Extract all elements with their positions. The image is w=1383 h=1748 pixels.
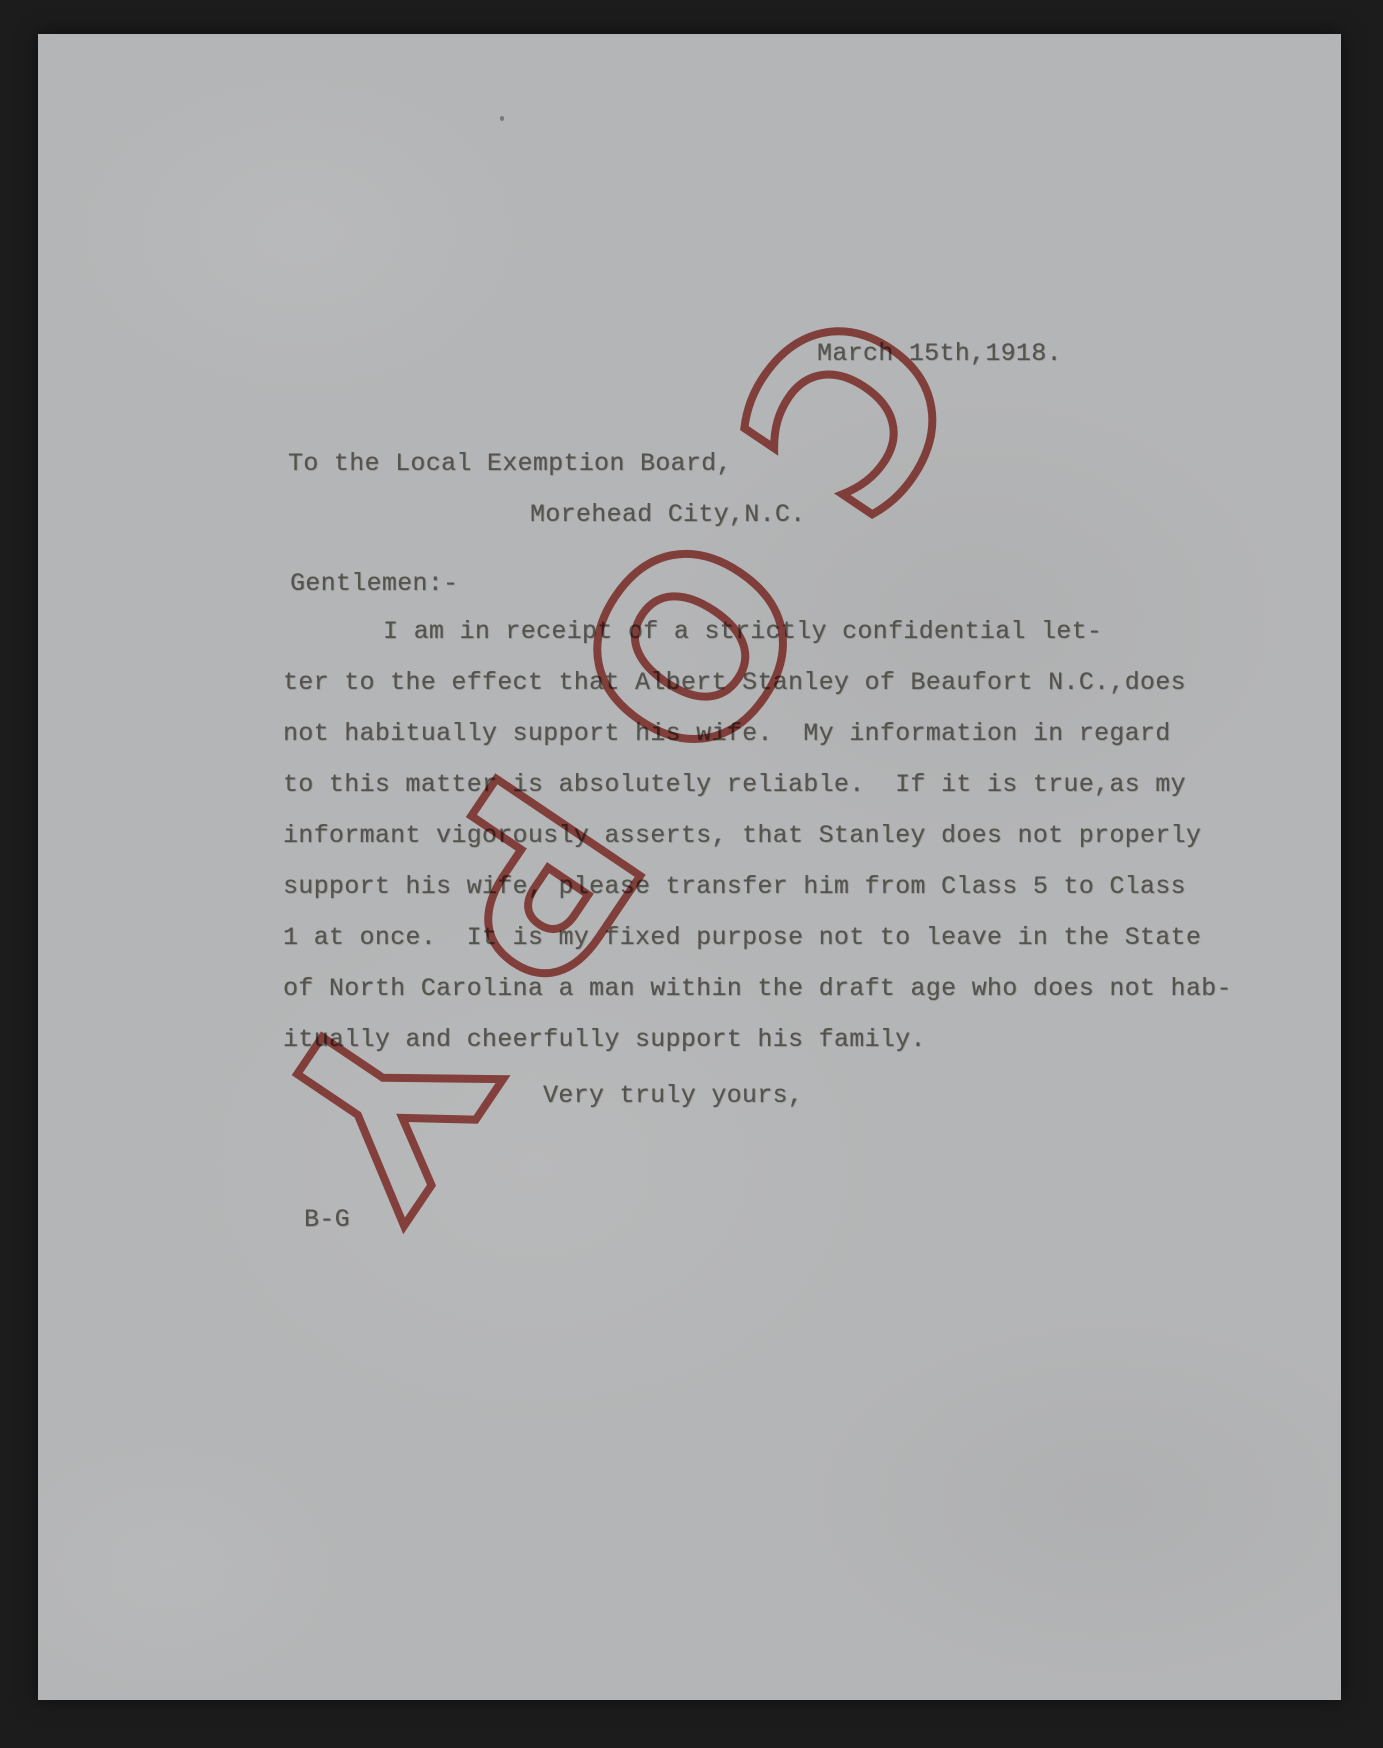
scan-background: { "document": { "kind": "typewritten let…: [0, 0, 1383, 1748]
paper-speck: [500, 116, 504, 121]
letter-page: March 15th,1918. To the Local Exemption …: [38, 34, 1341, 1700]
salutation: Gentlemen:-: [290, 558, 458, 609]
closing-line: Very truly yours,: [543, 1070, 803, 1121]
